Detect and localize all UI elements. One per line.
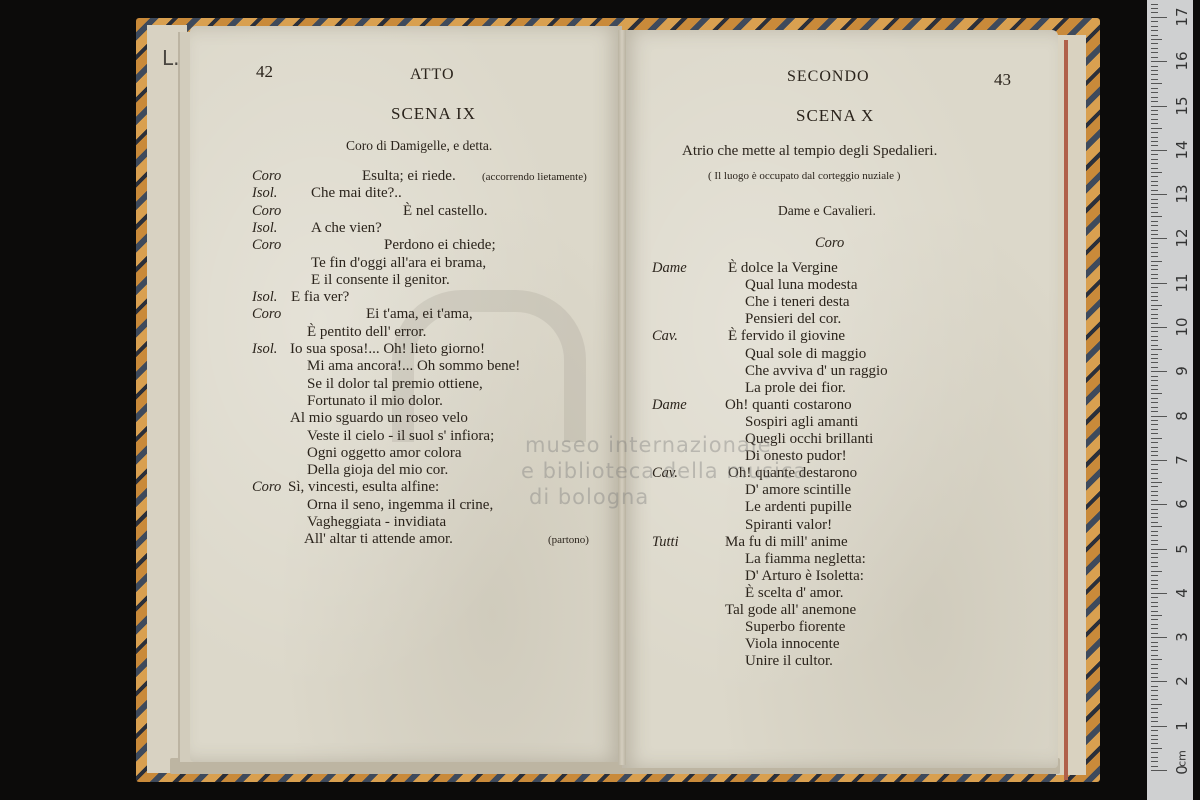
ruler-label: 14 [1173,135,1191,165]
ruler-tick [1151,269,1158,270]
ruler-tick [1151,305,1162,306]
ruler-tick [1151,30,1158,31]
ruler-tick [1151,486,1158,487]
ruler-tick [1151,495,1158,496]
verse-line: Orna il seno, ingemma il crine, [307,497,493,514]
ruler-tick [1151,296,1158,297]
ruler-tick [1151,646,1158,647]
speaker-label: Dame [652,397,687,414]
verse-line: Ma fu di mill' anime [725,534,848,551]
ruler-tick [1151,455,1158,456]
verse-line: Sì, vincesti, esulta alfine: [288,479,439,496]
verse-line: È pentito dell' error. [307,324,426,341]
verse-line: Fortunato il mio dolor. [307,393,443,410]
ruler-tick [1151,438,1162,439]
verse-line: Viola innocente [745,636,839,653]
ruler-tick [1151,17,1167,18]
ruler-tick [1151,416,1167,417]
ruler-tick [1151,66,1158,67]
page-number-right: 43 [994,70,1011,90]
ruler-tick [1151,371,1167,372]
ruler-tick [1151,637,1167,638]
ruler-tick [1151,593,1167,594]
ruler-tick [1151,380,1158,381]
ruler-tick [1151,491,1158,492]
ruler-tick [1151,354,1158,355]
ruler-tick [1151,482,1162,483]
ruler-tick [1151,349,1162,350]
ruler-tick [1151,677,1158,678]
ruler-tick [1151,132,1158,133]
ruler-tick [1151,283,1167,284]
ruler-tick [1151,393,1162,394]
ruler-tick [1151,690,1158,691]
ruler-tick [1151,686,1158,687]
ruler-tick [1151,473,1158,474]
ruler-tick [1151,611,1158,612]
ruler-tick [1151,83,1162,84]
ruler-tick [1151,128,1162,129]
speaker-label: Tutti [652,534,679,551]
ruler-tick [1151,114,1158,115]
ruler-tick [1151,513,1158,514]
ruler-tick [1151,642,1158,643]
ruler-tick [1151,407,1158,408]
ruler-tick [1151,553,1158,554]
stage-direction: (partono) [548,534,589,546]
binding-strip [1064,40,1068,780]
verse-line: È nel castello. [403,203,488,220]
ruler-tick [1151,376,1158,377]
ruler-tick [1151,708,1158,709]
ruler-tick [1151,274,1158,275]
ruler-tick [1151,464,1158,465]
verse-line: Tal gode all' anemone [725,602,856,619]
book-gutter [618,30,626,765]
ruler-tick [1151,141,1158,142]
verse-line: È scelta d' amor. [745,585,844,602]
ruler-tick [1151,584,1158,585]
right-endpaper [1056,35,1086,775]
verse-line: E fia ver? [291,289,349,306]
ruler-tick [1151,420,1158,421]
ruler-tick [1151,8,1158,9]
ruler-tick [1151,336,1158,337]
ruler-label: 10 [1173,312,1191,342]
ruler-label: 16 [1173,46,1191,76]
ruler-tick [1151,695,1158,696]
verse-line: Ei t'ama, ei t'ama, [366,306,473,323]
ruler-tick [1151,345,1158,346]
running-head-left: ATTO [410,66,455,84]
ruler-tick [1151,79,1158,80]
ruler-tick [1151,243,1158,244]
ruler-tick [1151,309,1158,310]
ruler-tick [1151,194,1167,195]
ruler-tick [1151,699,1158,700]
ruler-tick [1151,770,1167,771]
ruler-tick [1151,261,1162,262]
ruler-tick [1151,4,1158,5]
watermark: museo internazionale e biblioteca della … [525,432,807,510]
ruler-tick [1151,247,1158,248]
characters-right: Dame e Cavalieri. [778,203,876,219]
ruler-tick [1151,199,1158,200]
ruler-tick [1151,385,1158,386]
ruler-tick [1151,159,1158,160]
ruler-tick [1151,628,1158,629]
verse-line: E il consente il genitor. [311,272,450,289]
ruler-tick [1151,168,1158,169]
ruler-tick [1151,766,1158,767]
speaker-label: Coro [252,168,281,185]
verse-line: Qual luna modesta [745,277,857,294]
ruler-tick [1151,154,1158,155]
scene-setting: Atrio che mette al tempio degli Spedalie… [682,143,937,160]
ruler-tick [1151,668,1158,669]
ruler-tick [1151,664,1158,665]
ruler-tick [1151,721,1158,722]
ruler-tick [1151,265,1158,266]
ruler-tick [1151,655,1158,656]
ruler-tick [1151,39,1162,40]
ruler-label: 2 [1173,666,1191,696]
ruler-label: 3 [1173,622,1191,652]
ruler-label: 9 [1173,356,1191,386]
ruler-tick [1151,575,1158,576]
ruler-tick [1151,602,1158,603]
verse-line: D' Arturo è Isoletta: [745,568,864,585]
ruler-tick [1151,163,1158,164]
speaker-label: Isol. [252,185,277,202]
ruler-tick [1151,216,1162,217]
ruler-label: 8 [1173,401,1191,431]
ruler-tick [1151,726,1167,727]
ruler-tick [1151,367,1158,368]
ruler-tick [1151,362,1158,363]
verse-line: Se il dolor tal premio ottiene, [307,376,483,393]
speaker-label: Coro [252,479,281,496]
ruler-label: 12 [1173,223,1191,253]
ruler-tick [1151,52,1158,53]
ruler-tick [1151,681,1167,682]
ruler-tick [1151,597,1158,598]
page-number-left: 42 [256,62,273,82]
ruler-tick [1151,92,1158,93]
ruler-tick [1151,557,1158,558]
ruler-tick [1151,606,1158,607]
ruler-tick [1151,327,1167,328]
verse-line: Che i teneri desta [745,294,850,311]
ruler-tick [1151,88,1158,89]
ruler-tick [1151,735,1158,736]
speaker-label: Dame [652,260,687,277]
pencil-note: L. [162,46,180,70]
verse-line: Spiranti valor! [745,517,832,534]
verse-line: Superbo fiorente [745,619,845,636]
ruler-tick [1151,238,1167,239]
ruler-tick [1151,74,1158,75]
ruler-tick [1151,323,1158,324]
ruler-tick [1151,424,1158,425]
ruler-tick [1151,469,1158,470]
ruler-tick [1151,234,1158,235]
speaker-label: Isol. [252,289,277,306]
watermark-line: museo internazionale [525,432,807,458]
verse-line: È fervido il giovine [728,328,845,345]
verse-line: Te fin d'oggi all'ara ei brama, [311,255,486,272]
ruler-tick [1151,743,1158,744]
ruler-tick [1151,212,1158,213]
ruler-tick [1151,150,1167,151]
ruler-tick [1151,35,1158,36]
speaker-label: Coro [252,237,281,254]
ruler-tick [1151,544,1158,545]
watermark-line: e biblioteca della musica [521,458,807,484]
verse-line: All' altar ti attende amor. [304,531,453,548]
ruler-tick [1151,509,1158,510]
ruler-tick [1151,633,1158,634]
ruler-tick [1151,504,1167,505]
ruler-tick [1151,650,1158,651]
verse-line: Io sua sposa!... Oh! lieto giorno! [290,341,485,358]
ruler-tick [1151,106,1167,107]
characters-left: Coro di Damigelle, e detta. [346,138,492,154]
ruler-tick [1151,517,1158,518]
ruler-tick [1151,358,1158,359]
ruler-tick [1151,615,1162,616]
speaker-label: Isol. [252,220,277,237]
verse-line: A che vien? [311,220,382,237]
ruler-tick [1151,278,1158,279]
verse-line: Perdono ei chiede; [384,237,496,254]
ruler-tick [1151,123,1158,124]
ruler-tick [1151,659,1162,660]
ruler-tick [1151,588,1158,589]
ruler-tick [1151,57,1158,58]
ruler-tick [1151,549,1167,550]
verse-line: Che avviva d' un raggio [745,363,888,380]
ruler-tick [1151,730,1158,731]
stage-direction: ( Il luogo è occupato dal corteggio nuzi… [708,170,900,182]
ruler-tick [1151,137,1158,138]
ruler-tick [1151,566,1158,567]
verse-line: Al mio sguardo un roseo velo [290,410,468,427]
ruler-tick [1151,402,1158,403]
ruler-tick [1151,61,1167,62]
ruler-label: 7 [1173,445,1191,475]
ruler-tick [1151,752,1158,753]
ruler-tick [1151,172,1162,173]
ruler-tick [1151,717,1158,718]
ruler-label: 6 [1173,489,1191,519]
verse-line: Oh! quanti costarono [725,397,852,414]
verse-line: Che mai dite?.. [311,185,402,202]
ruler-tick [1151,433,1158,434]
ruler-tick [1151,522,1158,523]
ruler-label: 5 [1173,534,1191,564]
ruler-label: 1 [1173,711,1191,741]
ruler-tick [1151,97,1158,98]
ruler-tick [1151,624,1158,625]
ruler-tick [1151,673,1158,674]
ruler-tick [1151,540,1158,541]
speaker-label: Coro [252,306,281,323]
ruler-tick [1151,190,1158,191]
ruler-tick [1151,181,1158,182]
ruler-tick [1151,500,1158,501]
ruler-tick [1151,712,1158,713]
ruler-tick [1151,203,1158,204]
running-head-right: SECONDO [787,68,870,86]
speaker-label: Isol. [252,341,277,358]
ruler-tick [1151,442,1158,443]
ruler-tick [1151,314,1158,315]
ruler-tick [1151,526,1162,527]
scene-title-left: SCENA IX [391,104,476,124]
ruler-tick [1151,761,1158,762]
ruler-tick [1151,571,1162,572]
ruler-tick [1151,389,1158,390]
ruler-label: 11 [1173,268,1191,298]
ruler-tick [1151,176,1158,177]
ruler-tick [1151,221,1158,222]
ruler-tick [1151,287,1158,288]
ruler-tick [1151,225,1158,226]
measurement-ruler: 01234567891011121314151617cm [1147,0,1193,800]
ruler-tick [1151,12,1158,13]
ruler-tick [1151,478,1158,479]
ruler-tick [1151,101,1158,102]
ruler-tick [1151,704,1162,705]
ruler-tick [1151,185,1158,186]
ruler-tick [1151,43,1158,44]
ruler-tick [1151,739,1158,740]
watermark-line: di bologna [529,484,807,510]
ruler-unit: cm [1176,744,1189,774]
ruler-tick [1151,562,1158,563]
verse-line: Ogni oggetto amor colora [307,445,462,462]
verse-line: Unire il cultor. [745,653,833,670]
ruler-tick [1151,119,1158,120]
ruler-tick [1151,300,1158,301]
ruler-tick [1151,145,1158,146]
ruler-tick [1151,447,1158,448]
ruler-tick [1151,110,1158,111]
verse-line: Veste il cielo - il suol s' infiora; [307,428,494,445]
verse-line: Pensieri del cor. [745,311,841,328]
chorus-label: Coro [815,235,844,252]
ruler-tick [1151,70,1158,71]
ruler-tick [1151,207,1158,208]
ruler-tick [1151,757,1158,758]
ruler-tick [1151,580,1158,581]
ruler-tick [1151,619,1158,620]
ruler-tick [1151,411,1158,412]
ruler-label: 15 [1173,91,1191,121]
ruler-tick [1151,398,1158,399]
ruler-label: 4 [1173,578,1191,608]
ruler-tick [1151,230,1158,231]
verse-line: La prole dei fior. [745,380,846,397]
ruler-tick [1151,26,1158,27]
verse-line: Sospiri agli amanti [745,414,858,431]
speaker-label: Coro [252,203,281,220]
ruler-tick [1151,748,1162,749]
ruler-tick [1151,252,1158,253]
verse-line: È dolce la Vergine [728,260,838,277]
ruler-tick [1151,535,1158,536]
ruler-tick [1151,318,1158,319]
ruler-tick [1151,48,1158,49]
verse-line: Mi ama ancora!... Oh sommo bene! [307,358,520,375]
stage-direction: (accorrendo lietamente) [482,171,587,183]
ruler-tick [1151,429,1158,430]
ruler-tick [1151,531,1158,532]
verse-line: Qual sole di maggio [745,346,866,363]
verse-line: Della gioja del mio cor. [307,462,448,479]
ruler-label: 13 [1173,179,1191,209]
ruler-tick [1151,292,1158,293]
ruler-tick [1151,256,1158,257]
ruler-tick [1151,340,1158,341]
verse-line: Esulta; ei riede. [362,168,456,185]
verse-line: La fiamma negletta: [745,551,866,568]
ruler-tick [1151,451,1158,452]
ruler-tick [1151,21,1158,22]
speaker-label: Cav. [652,328,678,345]
scene-title-right: SCENA X [796,106,874,126]
ruler-tick [1151,331,1158,332]
ruler-label: 17 [1173,2,1191,32]
ruler-tick [1151,460,1167,461]
verse-line: Vagheggiata - invidiata [307,514,446,531]
